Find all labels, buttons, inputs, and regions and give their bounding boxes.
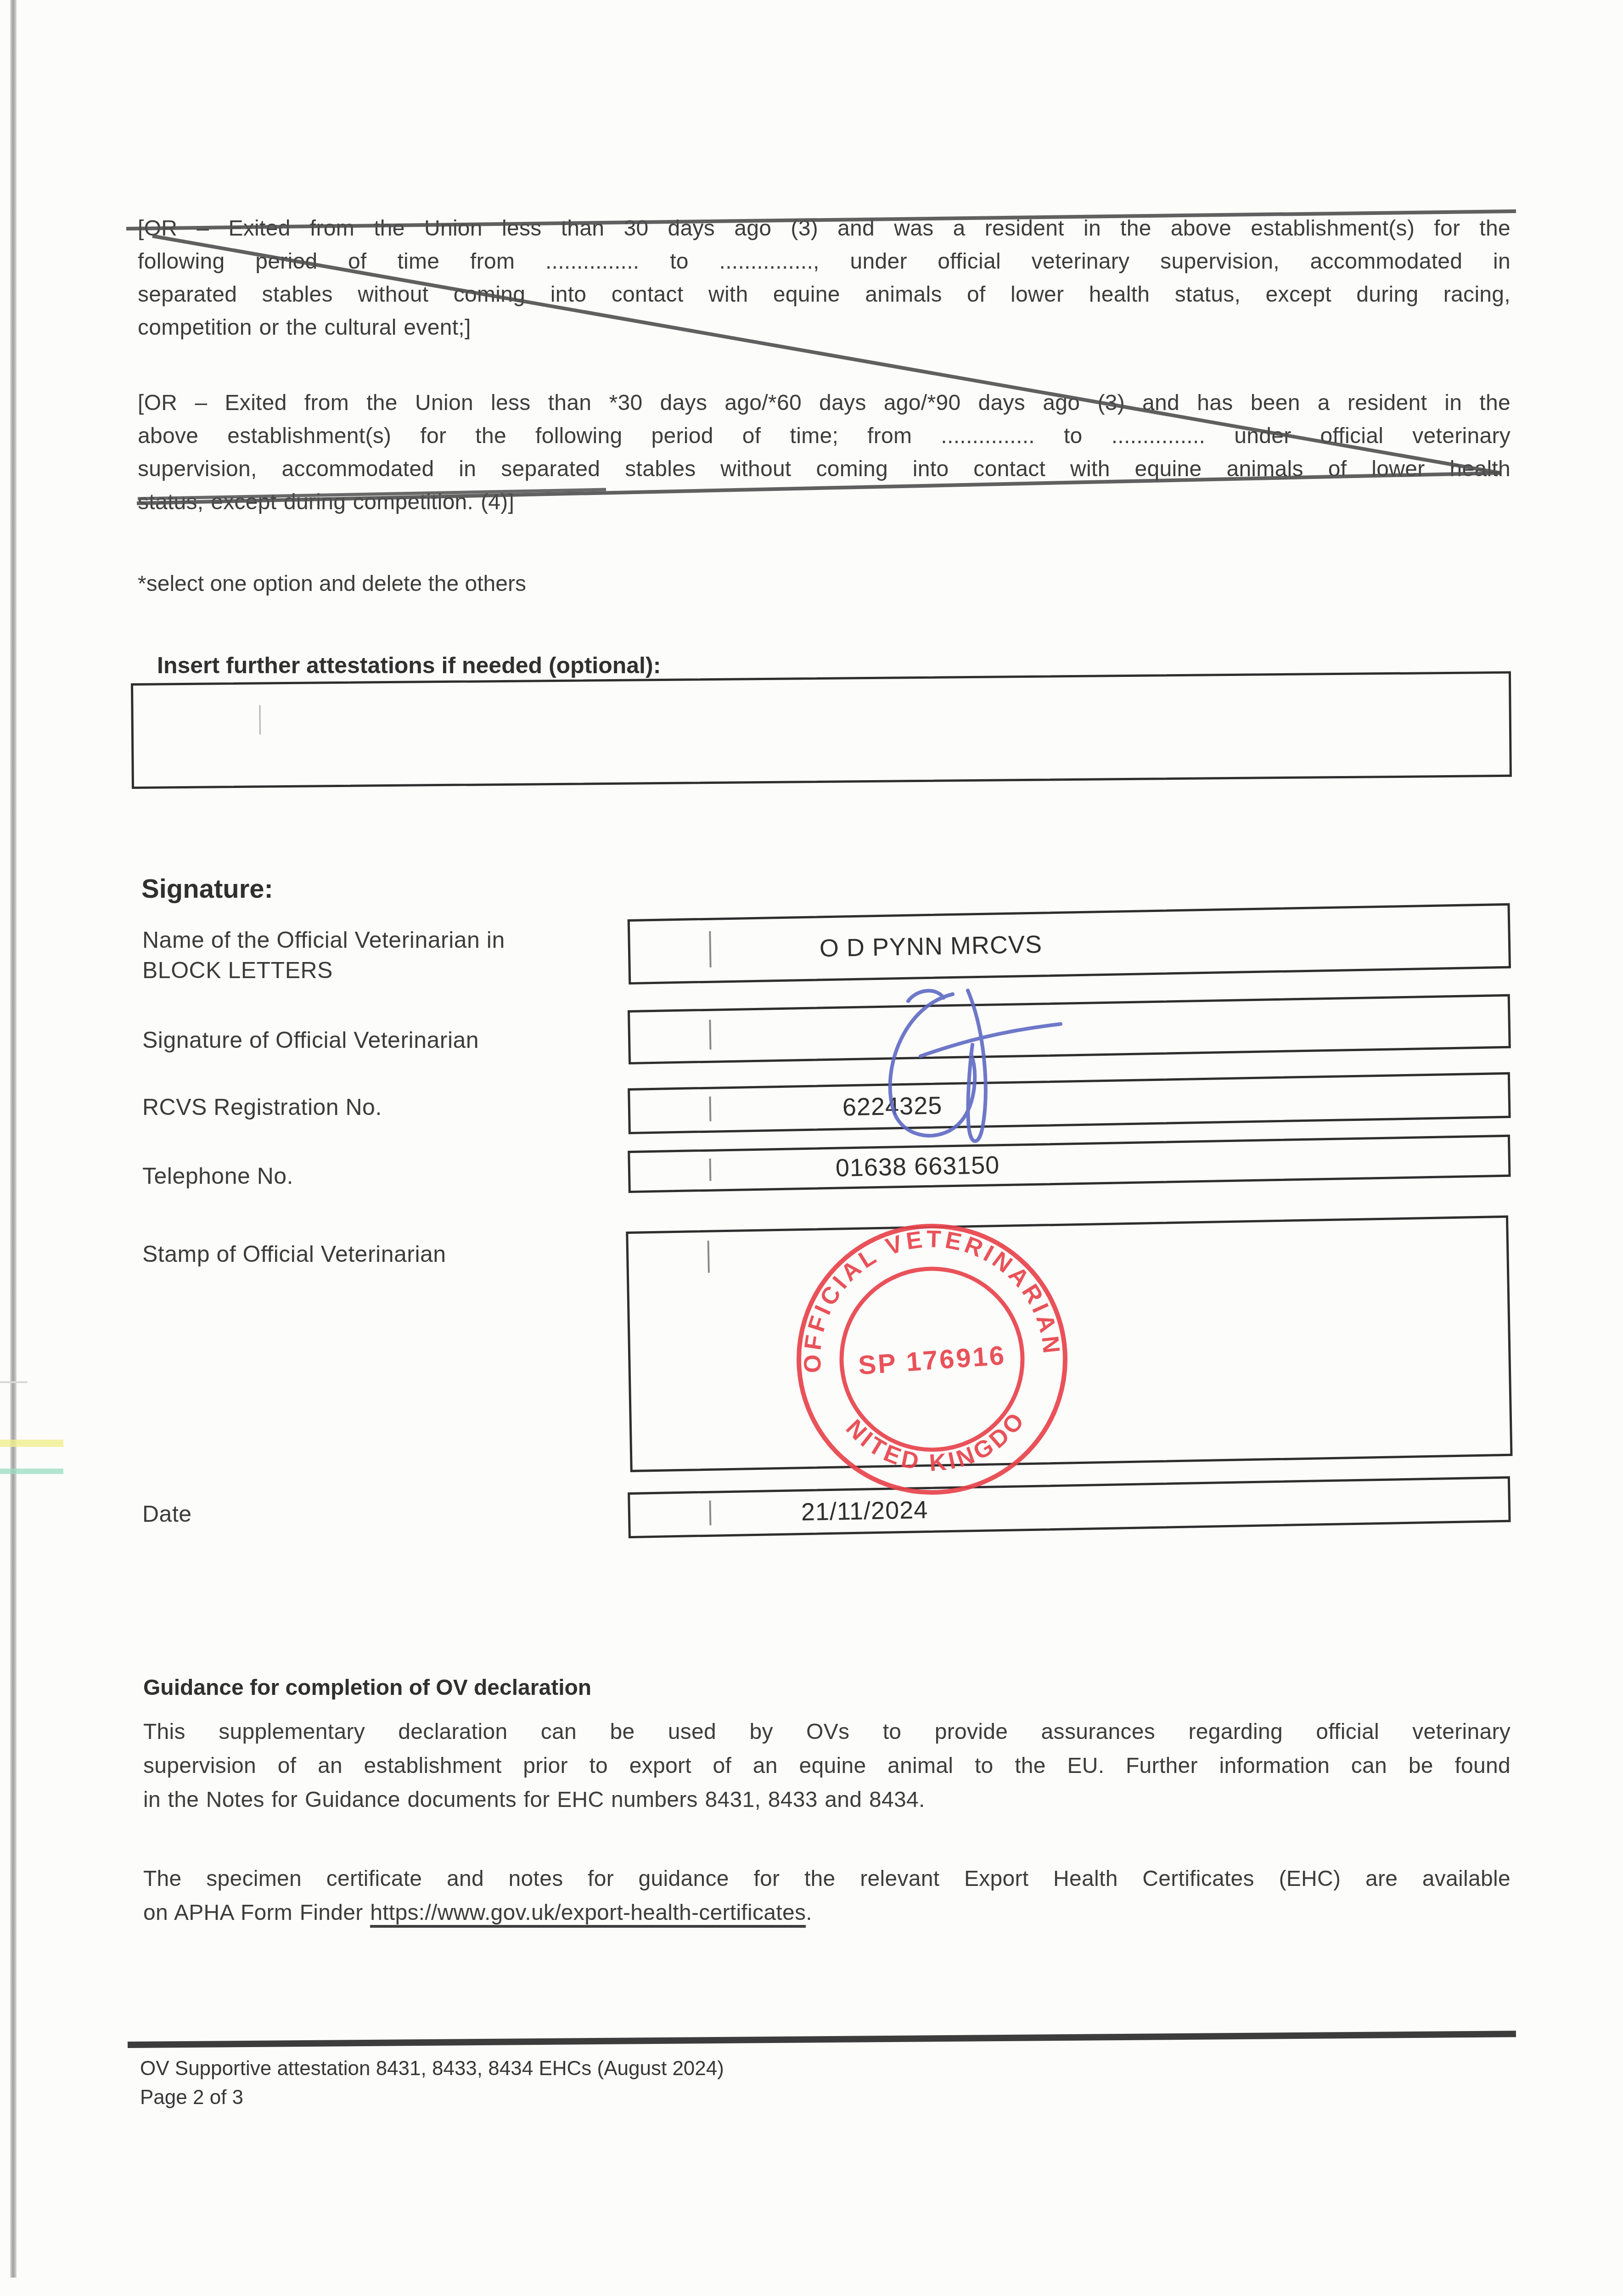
cell-divider-mark xyxy=(709,1501,711,1525)
name-label-line1: Name of the Official Veterinarian in xyxy=(142,927,505,953)
stamp-field-box xyxy=(626,1216,1512,1472)
date-field-box: 21/11/2024 xyxy=(628,1476,1511,1538)
telephone-value: 01638 663150 xyxy=(835,1151,1000,1182)
guidance-link-suffix: . xyxy=(806,1901,812,1925)
footer-page-number: Page 2 of 3 xyxy=(140,2086,243,2109)
footer-document-reference: OV Supportive attestation 8431, 8433, 84… xyxy=(140,2057,724,2080)
export-health-certificates-link[interactable]: https://www.gov.uk/export-health-certifi… xyxy=(370,1901,806,1928)
attestations-heading: Insert further attestations if needed (o… xyxy=(157,652,661,679)
name-label-line2: BLOCK LETTERS xyxy=(142,957,333,984)
paragraph-line: [OR – Exited from the Union less than *3… xyxy=(138,389,1511,417)
guidance-heading: Guidance for completion of OV declaratio… xyxy=(143,1675,591,1700)
guidance-line: supervision of an establishment prior to… xyxy=(143,1752,1511,1780)
cell-divider-mark xyxy=(708,1241,710,1273)
rcvs-field-box: 6224325 xyxy=(628,1072,1511,1134)
telephone-label: Telephone No. xyxy=(142,1163,293,1189)
guidance-link-prefix: on APHA Form Finder xyxy=(143,1901,370,1925)
cell-divider-mark xyxy=(709,1020,711,1050)
paragraph-line: separated stables without coming into co… xyxy=(138,281,1511,309)
scan-highlight-streak xyxy=(0,1469,63,1474)
signature-label: Signature of Official Veterinarian xyxy=(142,1027,479,1053)
guidance-line: This supplementary declaration can be us… xyxy=(143,1718,1511,1746)
select-option-note: *select one option and delete the others xyxy=(138,571,526,597)
footer-divider xyxy=(128,2031,1516,2048)
signature-heading: Signature: xyxy=(141,873,273,904)
paragraph-line: above establishment(s) for the following… xyxy=(138,422,1511,450)
cell-divider-mark xyxy=(259,705,261,735)
paragraph-line: [OR – Exited from the Union less than 30… xyxy=(138,215,1511,242)
name-value: O D PYNN MRCVS xyxy=(819,930,1042,962)
date-label: Date xyxy=(142,1501,192,1527)
date-value: 21/11/2024 xyxy=(801,1496,928,1526)
scan-highlight-streak xyxy=(0,1440,63,1447)
attestations-box xyxy=(131,671,1512,789)
scanned-document-page: [OR – Exited from the Union less than 30… xyxy=(0,0,1623,2296)
paragraph-line: following period of time from ..........… xyxy=(138,248,1511,276)
cell-divider-mark xyxy=(709,931,711,967)
cell-divider-mark xyxy=(709,1097,711,1121)
guidance-line: on APHA Form Finder https://www.gov.uk/e… xyxy=(143,1899,1511,1927)
paragraph-line: supervision, accommodated in separated s… xyxy=(138,456,1511,483)
guidance-line: The specimen certificate and notes for g… xyxy=(143,1865,1511,1893)
telephone-field-box: 01638 663150 xyxy=(628,1135,1511,1193)
signature-field-box xyxy=(628,994,1511,1064)
rcvs-label: RCVS Registration No. xyxy=(142,1094,382,1120)
cell-divider-mark xyxy=(709,1158,711,1181)
paragraph-line: status, except during competition. (4)] xyxy=(138,489,1511,516)
guidance-line: in the Notes for Guidance documents for … xyxy=(143,1786,1511,1814)
name-field-box: O D PYNN MRCVS xyxy=(628,903,1511,985)
rcvs-value: 6224325 xyxy=(842,1091,942,1121)
scan-edge-artifact xyxy=(10,0,17,2278)
scan-streak xyxy=(0,1381,28,1383)
paragraph-line: competition or the cultural event;] xyxy=(138,314,1511,342)
stamp-label: Stamp of Official Veterinarian xyxy=(142,1241,446,1267)
